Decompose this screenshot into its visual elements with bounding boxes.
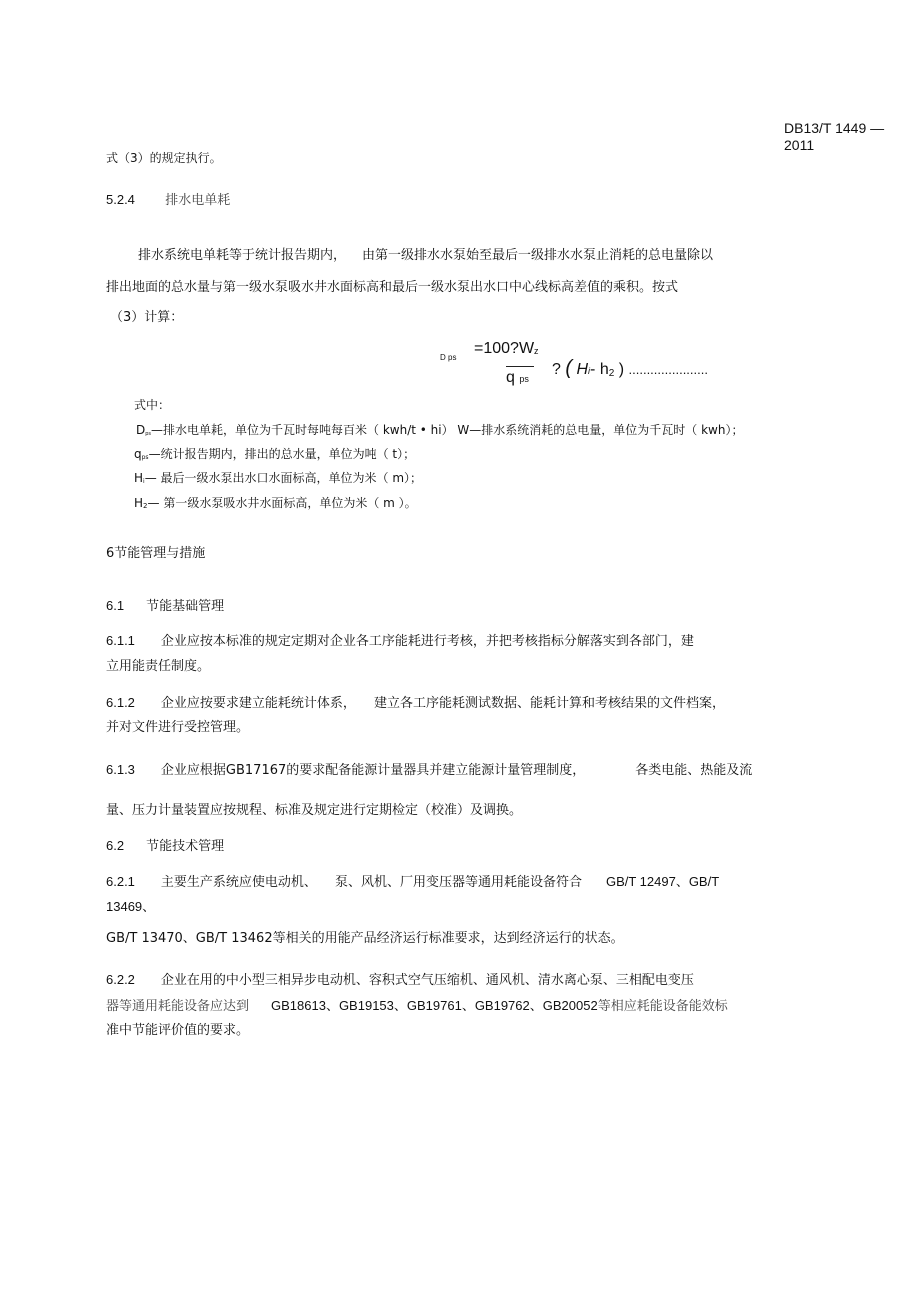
section-heading-5-2-4: 5.2.4 排水电单耗 xyxy=(106,192,230,209)
clause-text: 企业应按本标准的规定定期对企业各工序能耗进行考核，并把考核指标分解落实到各部门，… xyxy=(161,634,694,649)
denominator-text: q xyxy=(506,369,515,386)
clause-text: 立用能责任制度。 xyxy=(106,659,210,675)
clause-text: 主要生产系统应使电动机、 xyxy=(161,875,317,890)
doc-code: DB13/T 1449 — 2011 xyxy=(784,120,884,154)
fraction-bar xyxy=(506,366,534,367)
clause-text: GB/T 13470、GB/T 13462等相关的用能产品经济运行标准要求，达到… xyxy=(106,931,624,947)
denominator-sub: ps xyxy=(519,374,529,384)
section-title: 排水电单耗 xyxy=(165,193,230,208)
clause-text: GB/T 12497、GB/T xyxy=(606,874,719,889)
continued-text: 式（3）的规定执行。 xyxy=(106,150,222,166)
clause-number: 6.1.2 xyxy=(106,695,135,710)
clause-text: 泵、风机、厂用变压器等通用耗能设备符合 xyxy=(335,875,582,890)
text-span: 排水系统电单耗等于统计报告期内， xyxy=(138,248,346,263)
text-span: 由第一级排水水泵始至最后一级排水水泵止消耗的总电量除以 xyxy=(362,248,713,263)
clause-number: 6.2.1 xyxy=(106,874,135,889)
section-title: 节能技术管理 xyxy=(146,839,224,854)
clause-text: 准中节能评价值的要求。 xyxy=(106,1023,249,1039)
section-title: 节能基础管理 xyxy=(146,599,224,614)
paren-open: ( xyxy=(565,357,572,379)
h2-sub: 2 xyxy=(609,368,615,379)
clause-text: 等相应耗能设备能效标 xyxy=(598,999,728,1014)
formula-dots: ...................... xyxy=(629,362,708,377)
section-heading-6-2: 6.2节能技术管理 xyxy=(106,838,224,855)
clause-text: 并对文件进行受控管理。 xyxy=(106,720,249,736)
doc-code-line2: 2011 xyxy=(784,137,884,154)
section-number: 5.2.4 xyxy=(106,192,135,207)
formula-rhs: ? ( Hi- h2 ) ...................... xyxy=(552,357,708,380)
clause-text: 量、压力计量装置应按规程、标准及规定进行定期检定（校准）及调换。 xyxy=(106,803,522,819)
paragraph-line: （3）计算： xyxy=(110,310,183,326)
clause-6-2-1: 6.2.1主要生产系统应使电动机、泵、风机、厂用变压器等通用耗能设备符合GB/T… xyxy=(106,874,719,891)
minus-h: - h xyxy=(590,361,609,378)
where-item: Dps—排水电单耗，单位为千瓦时每吨每百米（ kwh/t • hi） W—排水系… xyxy=(136,422,743,442)
where-item: Hi— 最后一级水泵出水口水面标高，单位为米（ m）； xyxy=(134,470,422,490)
formula-denominator: q ps xyxy=(506,369,529,387)
symbol-sub: ps xyxy=(142,454,149,461)
paragraph-line: 排出地面的总水量与第一级水泵吸水井水面标高和最后一级水泵出水口中心线标高差值的乘… xyxy=(106,280,678,296)
symbol: H xyxy=(134,496,143,510)
clause-text: 建立各工序能耗测试数据、能耗计算和考核结果的文件档案， xyxy=(374,696,725,711)
clause-text: 企业应按要求建立能耗统计体系， xyxy=(161,696,356,711)
mult-sign: ? xyxy=(552,361,561,378)
chapter-title: 6节能管理与措施 xyxy=(106,546,205,562)
symbol: q xyxy=(134,447,142,461)
clause-6-1-3: 6.1.3企业应根据GB17167的要求配备能源计量器具并建立能源计量管理制度，… xyxy=(106,762,752,779)
section-number: 6.2 xyxy=(106,838,124,853)
clause-6-1-2: 6.1.2企业应按要求建立能耗统计体系，建立各工序能耗测试数据、能耗计算和考核结… xyxy=(106,695,725,712)
paragraph-line: 排水系统电单耗等于统计报告期内，由第一级排水水泵始至最后一级排水水泵止消耗的总电… xyxy=(138,248,713,264)
clause-text: 13469、 xyxy=(106,899,155,915)
where-item: H2— 第一级水泵吸水井水面标高，单位为米（ m ）。 xyxy=(134,495,417,514)
definition: — 最后一级水泵出水口水面标高，单位为米（ m）； xyxy=(145,471,422,485)
numerator-sub: z xyxy=(534,346,539,356)
clause-number: 6.1.3 xyxy=(106,762,135,777)
formula-numerator: =100?Wz xyxy=(474,340,539,358)
clause-text: 各类电能、热能及流 xyxy=(635,763,752,778)
where-item: qps—统计报告期内，排出的总水量，单位为吨（ t）； xyxy=(134,446,415,466)
clause-text: GB18613、GB19153、GB19761、GB19762、GB20052 xyxy=(271,998,598,1013)
paren-close: ) xyxy=(619,361,624,378)
clause-text: 企业在用的中小型三相异步电动机、容积式空气压缩机、通风机、清水离心泵、三相配电变… xyxy=(161,973,694,988)
section-heading-6-1: 6.1节能基础管理 xyxy=(106,598,224,615)
clause-text: 企业应根据GB17167的要求配备能源计量器具并建立能源计量管理制度， xyxy=(161,763,585,778)
clause-6-1-1: 6.1.1企业应按本标准的规定定期对企业各工序能耗进行考核，并把考核指标分解落实… xyxy=(106,633,694,650)
formula-lhs: D ps xyxy=(440,353,456,362)
symbol: D xyxy=(136,423,145,437)
doc-code-line1: DB13/T 1449 — xyxy=(784,120,884,137)
h-i: H xyxy=(576,361,588,378)
where-label: 式中： xyxy=(134,397,170,413)
clause-number: 6.1.1 xyxy=(106,633,135,648)
symbol: H xyxy=(134,471,143,485)
clause-text-line: 器等通用耗能设备应达到GB18613、GB19153、GB19761、GB197… xyxy=(106,998,728,1015)
definition: — 第一级水泵吸水井水面标高，单位为米（ m ）。 xyxy=(148,496,417,510)
numerator-text: =100?W xyxy=(474,340,534,357)
clause-number: 6.2.2 xyxy=(106,972,135,987)
section-number: 6.1 xyxy=(106,598,124,613)
definition: —排水电单耗，单位为千瓦时每吨每百米（ kwh/t • hi） W—排水系统消耗… xyxy=(151,423,743,437)
definition: —统计报告期内，排出的总水量，单位为吨（ t）； xyxy=(149,447,416,461)
clause-text: 器等通用耗能设备应达到 xyxy=(106,999,249,1014)
clause-6-2-2: 6.2.2企业在用的中小型三相异步电动机、容积式空气压缩机、通风机、清水离心泵、… xyxy=(106,972,694,989)
